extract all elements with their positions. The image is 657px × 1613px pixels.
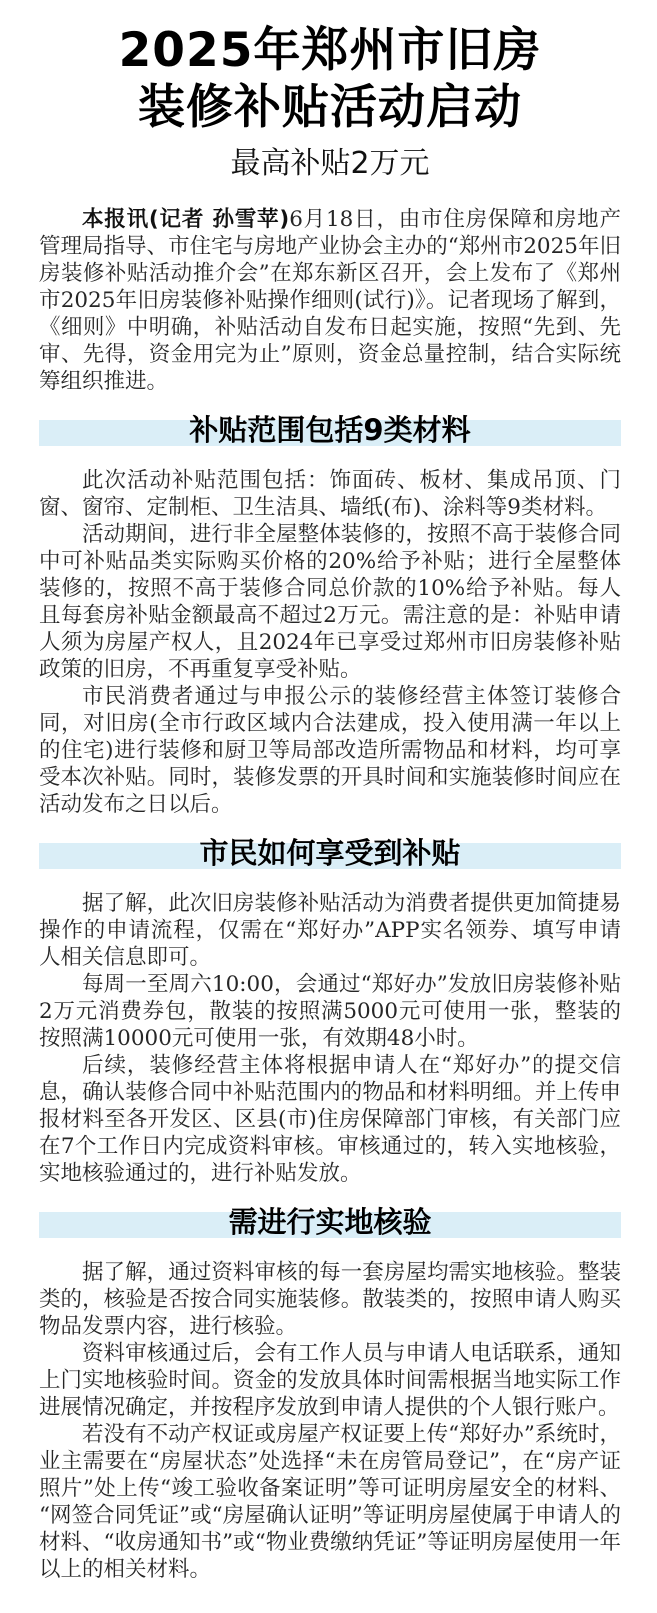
paragraph: 据了解，通过资料审核的每一套房屋均需实地核验。整装类的，核验是否按合同实施装修。… (39, 1259, 621, 1340)
paragraph: 据了解，此次旧房装修补贴活动为消费者提供更加简捷易操作的申请流程，仅需在“郑好办… (39, 890, 621, 971)
newspaper-article: 2025年郑州市旧房 装修补贴活动启动 最高补贴2万元 本报讯(记者 孙雪苹)6… (0, 0, 657, 1613)
lead-paragraph: 本报讯(记者 孙雪苹)6月18日，由市住房保障和房地产管理局指导、市住宅与房地产… (39, 206, 621, 395)
paragraph: 后续，装修经营主体将根据申请人在“郑好办”的提交信息，确认装修合同中补贴范围内的… (39, 1052, 621, 1187)
section-heading-3: 需进行实地核验 (39, 1206, 621, 1238)
section-heading-bar-3: 需进行实地核验 (39, 1212, 621, 1238)
byline: 本报讯(记者 孙雪苹) (82, 207, 289, 232)
section-heading-1: 补贴范围包括9类材料 (39, 414, 621, 446)
paragraph: 若没有不动产权证或房屋产权证要上传“郑好办”系统时，业主需要在“房屋状态”处选择… (39, 1421, 621, 1583)
lead-text: 6月18日，由市住房保障和房地产管理局指导、市住宅与房地产业协会主办的“郑州市2… (39, 207, 621, 394)
section-heading-2: 市民如何享受到补贴 (39, 837, 621, 869)
paragraph: 此次活动补贴范围包括：饰面砖、板材、集成吊顶、门窗、窗帘、定制柜、卫生洁具、墙纸… (39, 467, 621, 521)
section-heading-bar-2: 市民如何享受到补贴 (39, 843, 621, 869)
headline-line-1: 2025年郑州市旧房 (119, 23, 542, 78)
paragraph: 每周一至周六10:00，会通过“郑好办”发放旧房装修补贴2万元消费券包，散装的按… (39, 971, 621, 1052)
paragraph: 活动期间，进行非全屋整体装修的，按照不高于装修合同中可补贴品类实际购买价格的20… (39, 521, 621, 683)
paragraph: 资料审核通过后，会有工作人员与申请人电话联系，通知上门实地核验时间。资金的发放具… (39, 1340, 621, 1421)
section-heading-bar-1: 补贴范围包括9类材料 (39, 420, 621, 446)
article-headline: 2025年郑州市旧房 装修补贴活动启动 (39, 22, 621, 136)
article-subheadline: 最高补贴2万元 (39, 146, 621, 182)
headline-line-2: 装修补贴活动启动 (138, 80, 522, 135)
paragraph: 市民消费者通过与申报公示的装修经营主体签订装修合同，对旧房(全市行政区域内合法建… (39, 683, 621, 818)
